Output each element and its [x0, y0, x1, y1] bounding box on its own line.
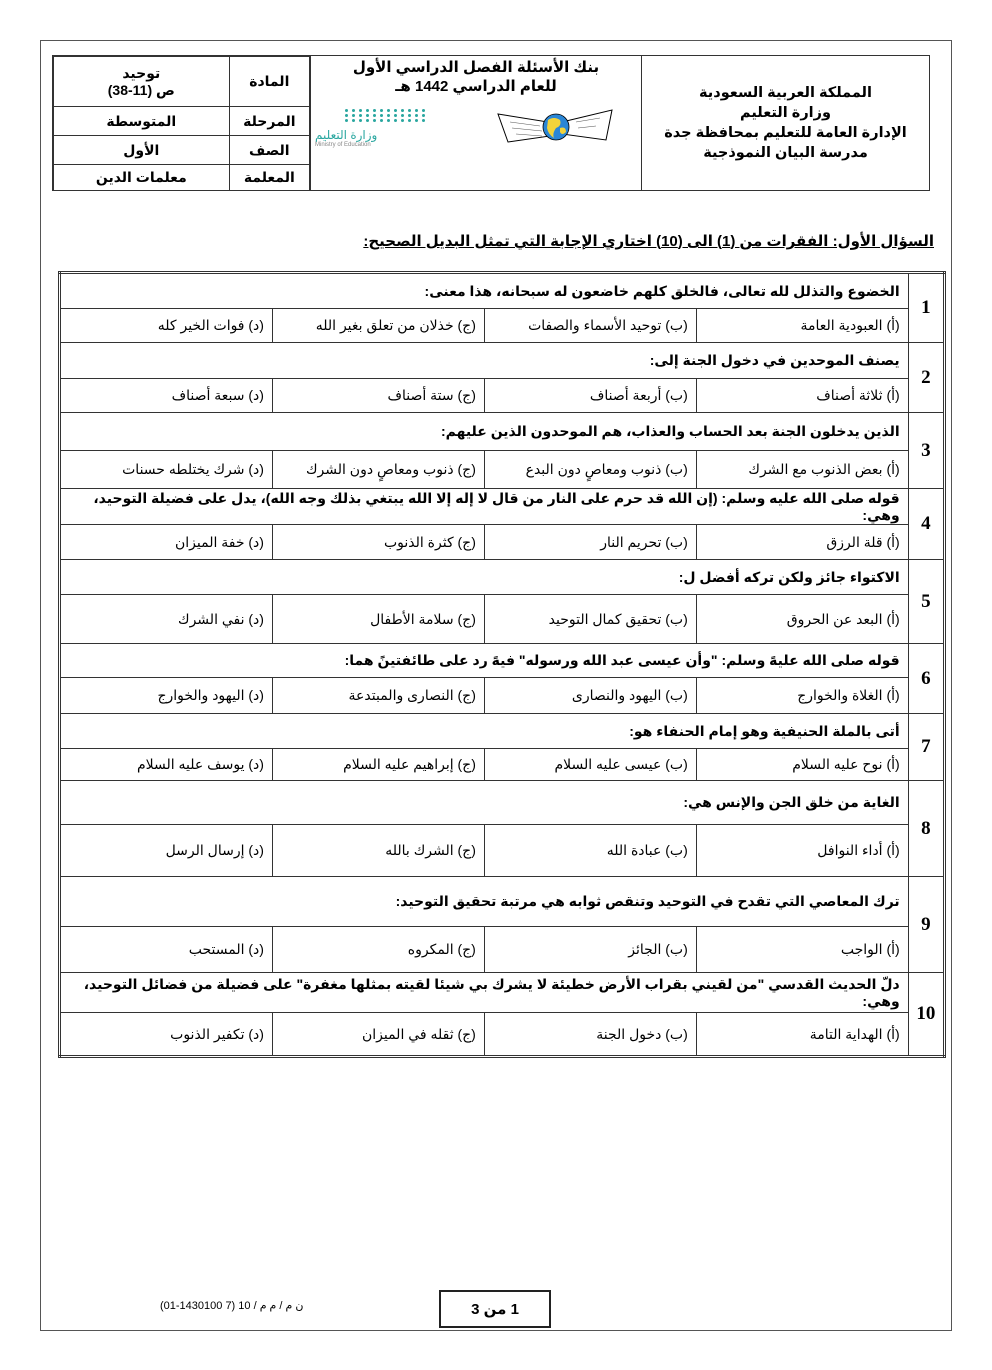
option-a[interactable]: (أ) العبودية العامة [696, 309, 908, 343]
question-number: 8 [908, 781, 944, 877]
info-row-subject: توحيد ص (11-38) المادة [54, 57, 310, 107]
question-row: 8 الغاية من خلق الجن والإنس هي: [60, 781, 945, 825]
option-d[interactable]: (د) شرك يختلطه حسنات [60, 451, 273, 489]
question-row: 9 ترك المعاصي التي تقدح في التوحيد وتنقص… [60, 877, 945, 927]
option-c[interactable]: (ج) ستة أصناف [272, 379, 484, 413]
option-c[interactable]: (ج) إبراهيم عليه السلام [272, 749, 484, 781]
option-a[interactable]: (أ) الهداية التامة [696, 1013, 908, 1057]
options-row: (أ) بعض الذنوب مع الشرك (ب) ذنوب ومعاصٍ … [60, 451, 945, 489]
ministry-name: وزارة التعليم [740, 103, 831, 123]
question-row: 4 قوله صلى الله عليه وسلم: (إن الله قد ح… [60, 489, 945, 525]
moe-dots-icon [345, 109, 407, 122]
page-number-box: 1 من 3 [439, 1290, 551, 1328]
option-a[interactable]: (أ) الواجب [696, 927, 908, 973]
bank-title-line2: للعام الدراسي 1442 هـ [311, 77, 641, 96]
info-row-stage: المتوسطة المرحلة [54, 107, 310, 136]
subject-value: توحيد ص (11-38) [54, 57, 230, 107]
options-row: (أ) أداء النوافل (ب) عبادة الله (ج) الشر… [60, 825, 945, 877]
section-title: السؤال الأول: الفقرات من (1) الى (10) اخ… [363, 232, 934, 250]
subject-pages: ص (11-38) [54, 82, 229, 99]
options-row: (أ) الهداية التامة (ب) دخول الجنة (ج) ثق… [60, 1013, 945, 1057]
option-d[interactable]: (د) خفة الميزان [60, 525, 273, 560]
question-number: 1 [908, 273, 944, 343]
stage-value: المتوسطة [54, 107, 230, 136]
question-stem: الخضوع والتذلل لله تعالى، فالخلق كلهم خا… [60, 273, 909, 309]
option-b[interactable]: (ب) توحيد الأسماء والصفات [484, 309, 696, 343]
options-row: (أ) ثلاثة أصناف (ب) أربعة أصناف (ج) ستة … [60, 379, 945, 413]
grade-label: الصف [229, 136, 309, 165]
question-number: 4 [908, 489, 944, 560]
question-number: 10 [908, 973, 944, 1057]
question-row: 10 دلّ الحديث القدسي "من لقيني بقراب الأ… [60, 973, 945, 1013]
option-b[interactable]: (ب) تحريم النار [484, 525, 696, 560]
option-b[interactable]: (ب) ذنوب ومعاصٍ دون البدع [484, 451, 696, 489]
school-name: مدرسة البيان النموذجية [703, 143, 868, 163]
option-c[interactable]: (ج) سلامة الأطفال [272, 595, 484, 644]
subject-info-table: توحيد ص (11-38) المادة المتوسطة المرحلة … [53, 56, 310, 191]
page-bottom-line [40, 1330, 952, 1331]
options-row: (أ) البعد عن الحروق (ب) تحقيق كمال التوح… [60, 595, 945, 644]
question-number: 7 [908, 714, 944, 781]
option-c[interactable]: (ج) ثقله في الميزان [272, 1013, 484, 1057]
option-b[interactable]: (ب) أربعة أصناف [484, 379, 696, 413]
option-d[interactable]: (د) سبعة أصناف [60, 379, 273, 413]
options-row: (أ) الغلاة والخوارج (ب) اليهود والنصارى … [60, 678, 945, 714]
info-row-teacher: معلمات الدين المعلمة [54, 165, 310, 191]
question-row: 2 يصنف الموحدين في دخول الجنة إلى: [60, 343, 945, 379]
education-directorate: الإدارة العامة للتعليم بمحافظة جدة [664, 123, 907, 143]
option-c[interactable]: (ج) الشرك بالله [272, 825, 484, 877]
option-d[interactable]: (د) نفي الشرك [60, 595, 273, 644]
options-row: (أ) العبودية العامة (ب) توحيد الأسماء وا… [60, 309, 945, 343]
info-row-grade: الأول الصف [54, 136, 310, 165]
option-d[interactable]: (د) فوات الخير كله [60, 309, 273, 343]
option-b[interactable]: (ب) عيسى عليه السلام [484, 749, 696, 781]
option-b[interactable]: (ب) تحقيق كمال التوحيد [484, 595, 696, 644]
question-stem: دلّ الحديث القدسي "من لقيني بقراب الأرض … [60, 973, 909, 1013]
option-b[interactable]: (ب) اليهود والنصارى [484, 678, 696, 714]
question-row: 5 الاكتواء جائز ولكن تركه أفضل ل: [60, 560, 945, 595]
question-stem: قوله صلى الله عليه وسلم: (إن الله قد حرم… [60, 489, 909, 525]
option-d[interactable]: (د) تكفير الذنوب [60, 1013, 273, 1057]
options-row: (أ) قلة الرزق (ب) تحريم النار (ج) كثرة ا… [60, 525, 945, 560]
teacher-label: المعلمة [229, 165, 309, 191]
question-stem: أتى بالملة الحنيفية وهو إمام الحنفاء هو: [60, 714, 909, 749]
option-c[interactable]: (ج) المكروه [272, 927, 484, 973]
option-c[interactable]: (ج) النصارى والمبتدعة [272, 678, 484, 714]
bank-title-line1: بنك الأسئلة الفصل الدراسي الأول [311, 58, 641, 77]
document-code: (01-1430100 7) 10 / ن م / م م [160, 1299, 303, 1312]
question-row: 6 قوله صلى الله عليهً وسلم: "وأن عيسى عب… [60, 644, 945, 678]
document-header: توحيد ص (11-38) المادة المتوسطة المرحلة … [52, 55, 930, 191]
option-a[interactable]: (أ) ثلاثة أصناف [696, 379, 908, 413]
country-name: المملكة العربية السعودية [699, 83, 872, 103]
question-stem: الذين يدخلون الجنة بعد الحساب والعذاب، ه… [60, 413, 909, 451]
option-b[interactable]: (ب) الجائز [484, 927, 696, 973]
questions-table: 1 الخضوع والتذلل لله تعالى، فالخلق كلهم … [58, 271, 946, 1058]
question-row: 1 الخضوع والتذلل لله تعالى، فالخلق كلهم … [60, 273, 945, 309]
question-stem: الاكتواء جائز ولكن تركه أفضل ل: [60, 560, 909, 595]
school-info: المملكة العربية السعودية وزارة التعليم ا… [642, 56, 929, 190]
options-row: (أ) الواجب (ب) الجائز (ج) المكروه (د) ال… [60, 927, 945, 973]
question-number: 3 [908, 413, 944, 489]
question-stem: قوله صلى الله عليهً وسلم: "وأن عيسى عبد … [60, 644, 909, 678]
moe-logo-english: Ministry of Education [315, 142, 407, 148]
question-number: 9 [908, 877, 944, 973]
page-number: 1 من 3 [471, 1300, 519, 1318]
option-b[interactable]: (ب) عبادة الله [484, 825, 696, 877]
option-d[interactable]: (د) المستحب [60, 927, 273, 973]
moe-logo-arabic: وزارة التعليم [315, 128, 385, 142]
option-a[interactable]: (أ) قلة الرزق [696, 525, 908, 560]
globe-book-logo-icon [496, 106, 614, 146]
ministry-of-education-logo: وزارة التعليم Ministry of Education [315, 109, 407, 149]
option-c[interactable]: (ج) خذلان من تعلق بغير الله [272, 309, 484, 343]
option-b[interactable]: (ب) دخول الجنة [484, 1013, 696, 1057]
subject-name: توحيد [54, 65, 229, 82]
question-stem: الغاية من خلق الجن والإنس هي: [60, 781, 909, 825]
option-d[interactable]: (د) اليهود والخوارج [60, 678, 273, 714]
option-a[interactable]: (أ) البعد عن الحروق [696, 595, 908, 644]
question-bank-title: بنك الأسئلة الفصل الدراسي الأول للعام ال… [311, 58, 641, 96]
stage-label: المرحلة [229, 107, 309, 136]
options-row: (أ) نوح عليه السلام (ب) عيسى عليه السلام… [60, 749, 945, 781]
option-a[interactable]: (أ) بعض الذنوب مع الشرك [696, 451, 908, 489]
option-c[interactable]: (ج) كثرة الذنوب [272, 525, 484, 560]
option-d[interactable]: (د) إرسال الرسل [60, 825, 273, 877]
question-row: 7 أتى بالملة الحنيفية وهو إمام الحنفاء ه… [60, 714, 945, 749]
subject-label: المادة [229, 57, 309, 107]
option-c[interactable]: (ج) ذنوب ومعاصٍ دون الشرك [272, 451, 484, 489]
question-number: 6 [908, 644, 944, 714]
grade-value: الأول [54, 136, 230, 165]
question-stem: ترك المعاصي التي تقدح في التوحيد وتنقص ث… [60, 877, 909, 927]
option-d[interactable]: (د) يوسف عليه السلام [60, 749, 273, 781]
option-a[interactable]: (أ) أداء النوافل [696, 825, 908, 877]
question-stem: يصنف الموحدين في دخول الجنة إلى: [60, 343, 909, 379]
question-row: 3 الذين يدخلون الجنة بعد الحساب والعذاب،… [60, 413, 945, 451]
teacher-value: معلمات الدين [54, 165, 230, 191]
option-a[interactable]: (أ) الغلاة والخوارج [696, 678, 908, 714]
question-number: 5 [908, 560, 944, 644]
question-number: 2 [908, 343, 944, 413]
option-a[interactable]: (أ) نوح عليه السلام [696, 749, 908, 781]
logos-cell: بنك الأسئلة الفصل الدراسي الأول للعام ال… [310, 56, 642, 190]
